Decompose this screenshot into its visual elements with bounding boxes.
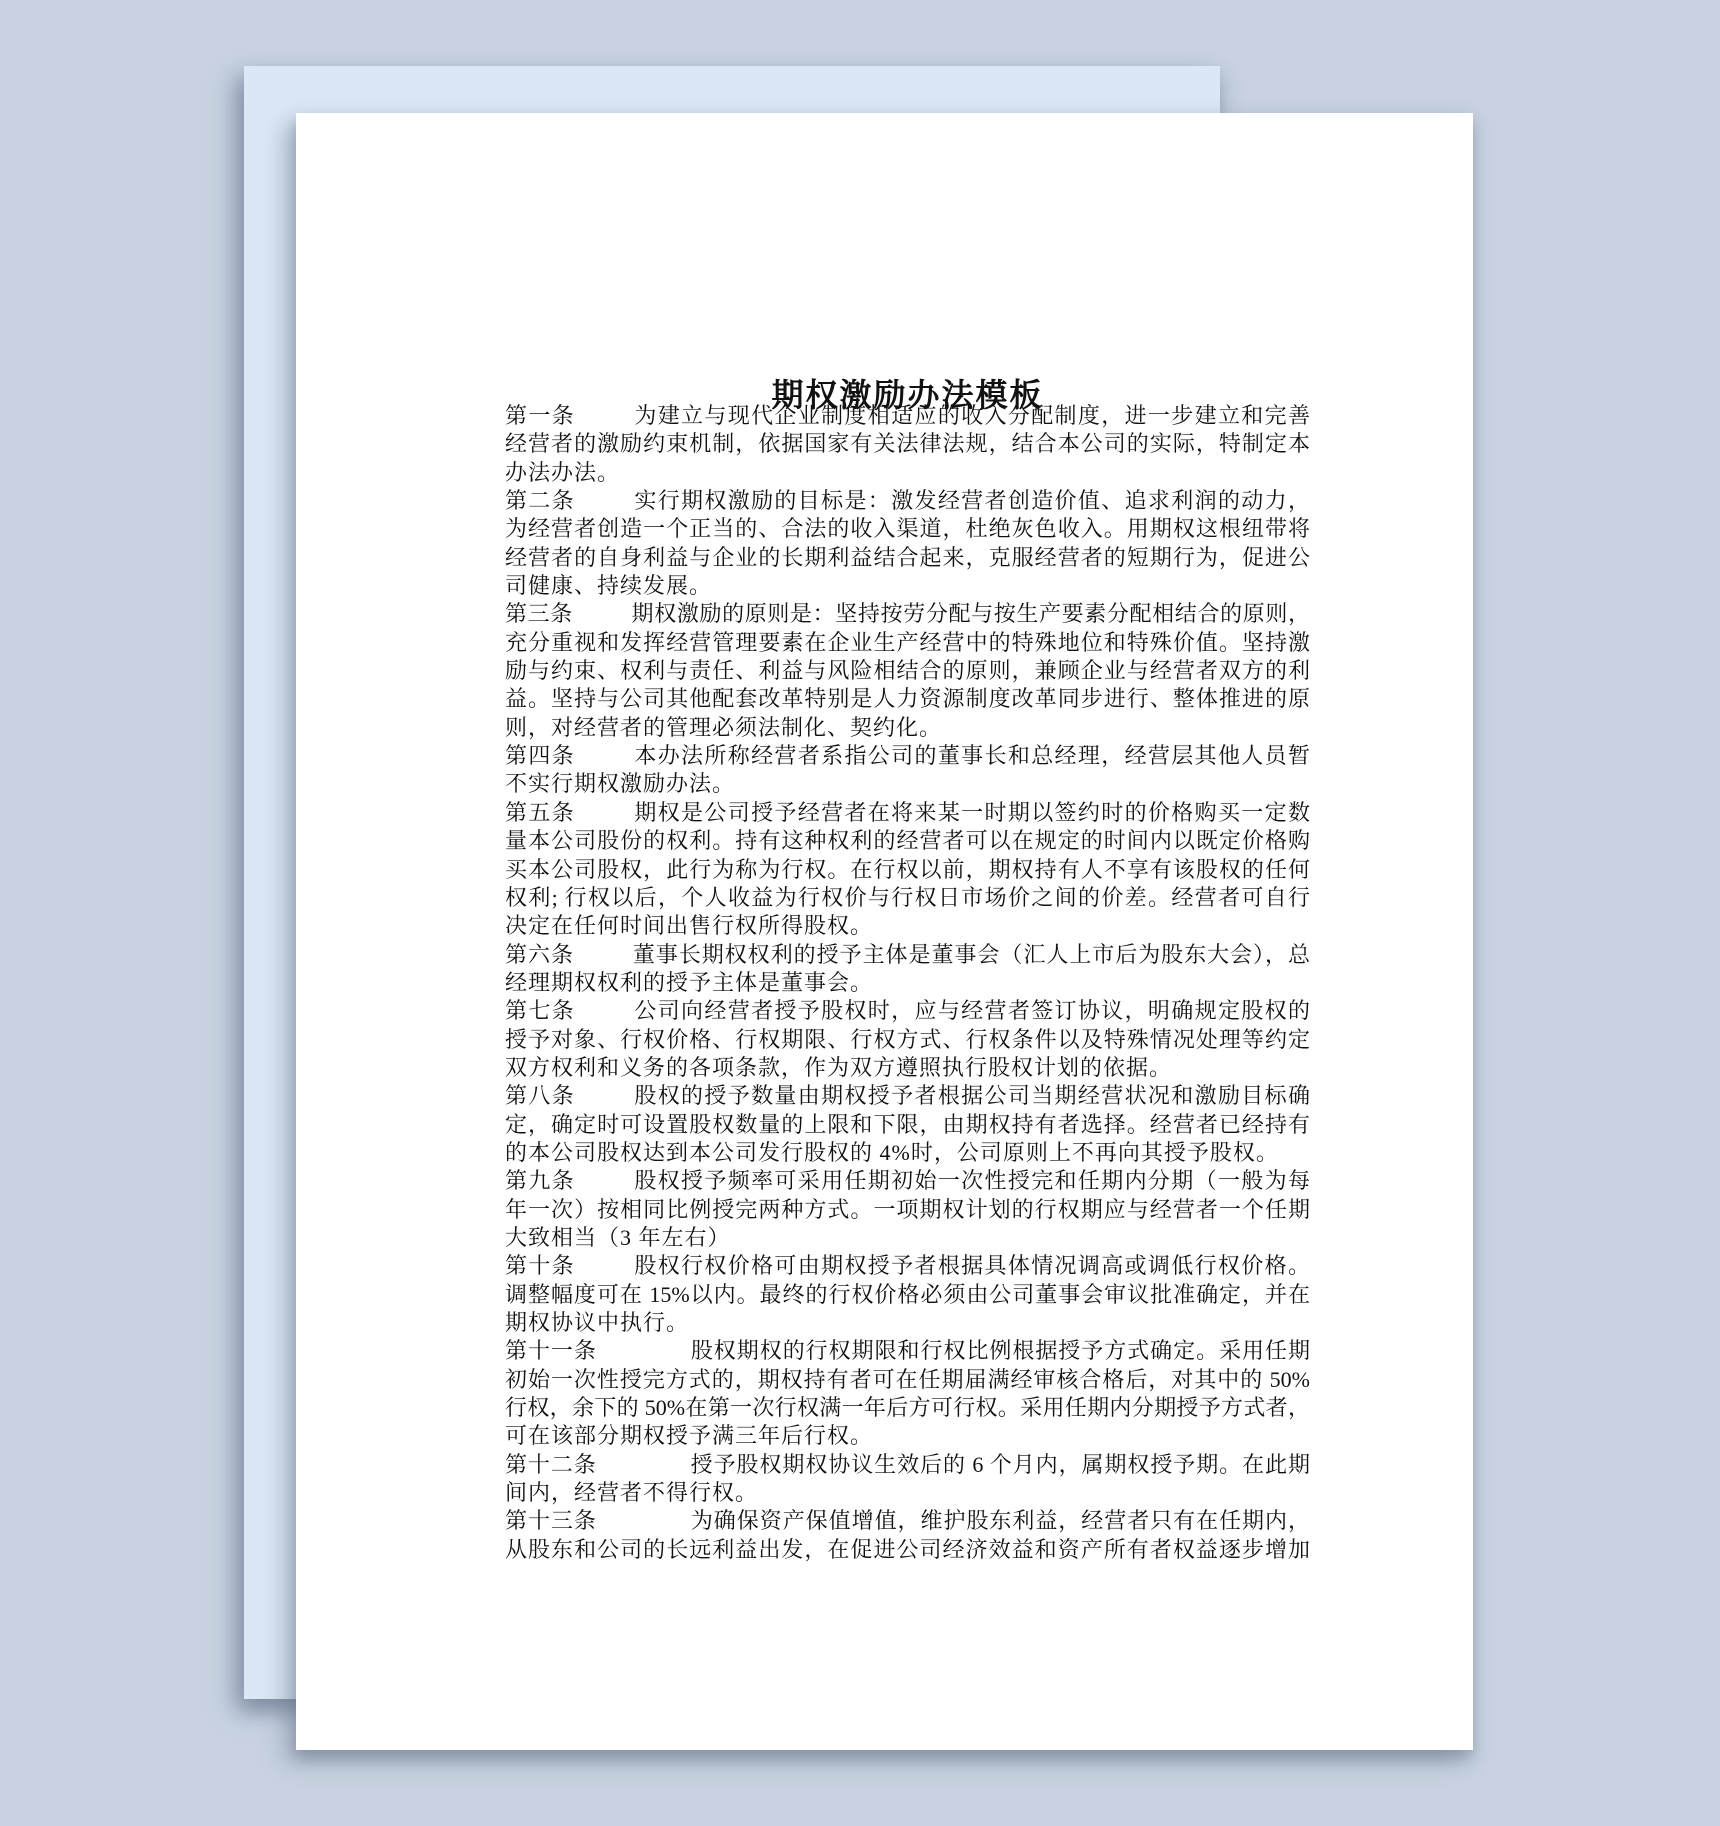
- document-body: 第一条为建立与现代企业制度相适应的收入分配制度，进一步建立和完善经营者的激励约束…: [505, 402, 1310, 1564]
- tab-spacer: [573, 620, 631, 621]
- document-line: 不实行期权激励办法。: [505, 770, 1310, 798]
- clause-number: 第六条: [505, 942, 574, 967]
- document-line: 经营者的自身利益与企业的长期利益结合起来，克服经营者的短期行为，促进公: [505, 544, 1310, 572]
- clause-text: 股权行权价格可由期权授予者根据具体情况调高或调低行权价格。: [633, 1253, 1310, 1278]
- document-line: 第六条董事长期权权利的授予主体是董事会（汇人上市后为股东大会），总: [505, 941, 1310, 969]
- tab-spacer: [575, 1272, 633, 1273]
- clause-number: 第四条: [505, 743, 575, 768]
- document-line: 第九条股权授予频率可采用任期初始一次性授完和任期内分期（一般为每: [505, 1167, 1310, 1195]
- clause-text: 为建立与现代企业制度相适应的收入分配制度，进一步建立和完善: [633, 403, 1310, 428]
- tab-spacer: [574, 961, 632, 962]
- document-line: 的本公司股权达到本公司发行股权的 4%时，公司原则上不再向其授予股权。: [505, 1139, 1310, 1167]
- tab-spacer: [575, 422, 633, 423]
- document-line: 经营者的激励约束机制，依据国家有关法律法规，结合本公司的实际，特制定本: [505, 430, 1310, 458]
- clause-text: 为确保资产保值增值，维护股东利益，经营者只有在任期内，: [690, 1508, 1310, 1533]
- clause-text: 定，确定时可设置股权数量的上限和下限，由期权持有者选择。经营者已经持有: [505, 1112, 1310, 1137]
- document-line: 则，对经营者的管理必须法制化、契约化。: [505, 714, 1310, 742]
- clause-text: 益。坚持与公司其他配套改革特别是人力资源制度改革同步进行、整体推进的原: [505, 686, 1310, 711]
- clause-text: 大致相当（3 年左右）: [505, 1225, 731, 1250]
- document-line: 第十三条为确保资产保值增值，维护股东利益，经营者只有在任期内，: [505, 1507, 1310, 1535]
- document-line: 可在该部分期权授予满三年后行权。: [505, 1422, 1310, 1450]
- clause-number: 第十条: [505, 1253, 575, 1278]
- clause-number: 第五条: [505, 800, 575, 825]
- clause-number: 第十一条: [505, 1338, 597, 1363]
- tab-spacer: [597, 1527, 690, 1528]
- document-line: 第四条本办法所称经营者系指公司的董事长和总经理，经营层其他人员暂: [505, 742, 1310, 770]
- document-line: 司健康、持续发展。: [505, 572, 1310, 600]
- tab-spacer: [575, 1017, 633, 1018]
- clause-text: 股权期权的行权期限和行权比例根据授予方式确定。采用任期: [690, 1338, 1310, 1363]
- document-line: 买本公司股权，此行为称为行权。在行权以前，期权持有人不享有该股权的任何: [505, 856, 1310, 884]
- document-line: 第二条实行期权激励的目标是：激发经营者创造价值、追求利润的动力，: [505, 487, 1310, 515]
- document-line: 期权协议中执行。: [505, 1309, 1310, 1337]
- document-line: 充分重视和发挥经营管理要素在企业生产经营中的特殊地位和特殊价值。坚持激: [505, 629, 1310, 657]
- clause-text: 司健康、持续发展。: [505, 573, 712, 598]
- document-line: 决定在任何时间出售行权所得股权。: [505, 912, 1310, 940]
- document-line: 量本公司股份的权利。持有这种权利的经营者可以在规定的时间内以既定价格购: [505, 827, 1310, 855]
- clause-number: 第二条: [505, 488, 575, 513]
- clause-text: 本办法所称经营者系指公司的董事长和总经理，经营层其他人员暂: [633, 743, 1310, 768]
- document-line: 年一次）按相同比例授完两种方式。一项期权计划的行权期应与经营者一个任期: [505, 1196, 1310, 1224]
- clause-text: 的本公司股权达到本公司发行股权的 4%时，公司原则上不再向其授予股权。: [505, 1140, 1279, 1165]
- clause-text: 授予股权期权协议生效后的 6 个月内，属期权授予期。在此期: [690, 1452, 1310, 1477]
- clause-text: 为经营者创造一个正当的、合法的收入渠道，杜绝灰色收入。用期权这根纽带将: [505, 516, 1310, 541]
- clause-text: 经营者的激励约束机制，依据国家有关法律法规，结合本公司的实际，特制定本: [505, 431, 1310, 456]
- document-line: 调整幅度可在 15%以内。最终的行权价格必须由公司董事会审议批准确定，并在: [505, 1281, 1310, 1309]
- clause-number: 第十二条: [505, 1452, 597, 1477]
- clause-number: 第七条: [505, 998, 575, 1023]
- document-line: 第十一条股权期权的行权期限和行权比例根据授予方式确定。采用任期: [505, 1337, 1310, 1365]
- document-line: 办法办法。: [505, 459, 1310, 487]
- tab-spacer: [575, 507, 633, 508]
- clause-text: 行权，余下的 50%在第一次行权满一年后方可行权。采用任期内分期授予方式者，: [505, 1395, 1310, 1420]
- tab-spacer: [575, 762, 633, 763]
- tab-spacer: [575, 1187, 633, 1188]
- clause-text: 期权协议中执行。: [505, 1310, 689, 1335]
- clause-text: 授予对象、行权价格、行权期限、行权方式、行权条件以及特殊情况处理等约定: [505, 1027, 1310, 1052]
- clause-text: 不实行期权激励办法。: [505, 771, 735, 796]
- clause-text: 期权激励的原则是：坚持按劳分配与按生产要素分配相结合的原则，: [631, 601, 1310, 626]
- clause-text: 期权是公司授予经营者在将来某一时期以签约时的价格购买一定数: [633, 800, 1310, 825]
- document-line: 第一条为建立与现代企业制度相适应的收入分配制度，进一步建立和完善: [505, 402, 1310, 430]
- clause-text: 公司向经营者授予股权时，应与经营者签订协议，明确规定股权的: [633, 998, 1310, 1023]
- tab-spacer: [597, 1471, 690, 1472]
- clause-text: 买本公司股权，此行为称为行权。在行权以前，期权持有人不享有该股权的任何: [505, 857, 1310, 882]
- document-line: 第五条期权是公司授予经营者在将来某一时期以签约时的价格购买一定数: [505, 799, 1310, 827]
- document-line: 大致相当（3 年左右）: [505, 1224, 1310, 1252]
- clause-text: 决定在任何时间出售行权所得股权。: [505, 913, 873, 938]
- clause-text: 经营者的自身利益与企业的长期利益结合起来，克服经营者的短期行为，促进公: [505, 545, 1310, 570]
- clause-text: 调整幅度可在 15%以内。最终的行权价格必须由公司董事会审议批准确定，并在: [505, 1282, 1310, 1307]
- document-line: 益。坚持与公司其他配套改革特别是人力资源制度改革同步进行、整体推进的原: [505, 685, 1310, 713]
- clause-number: 第一条: [505, 403, 575, 428]
- document-line: 授予对象、行权价格、行权期限、行权方式、行权条件以及特殊情况处理等约定: [505, 1026, 1310, 1054]
- desk-background: 期权激励办法模板 第一条为建立与现代企业制度相适应的收入分配制度，进一步建立和完…: [0, 0, 1720, 1826]
- clause-text: 办法办法。: [505, 460, 620, 485]
- clause-text: 从股东和公司的长远利益出发，在促进公司经济效益和资产所有者权益逐步增加: [505, 1537, 1310, 1562]
- document-line: 定，确定时可设置股权数量的上限和下限，由期权持有者选择。经营者已经持有: [505, 1111, 1310, 1139]
- clause-number: 第十三条: [505, 1508, 597, 1533]
- document-line: 第八条股权的授予数量由期权授予者根据公司当期经营状况和激励目标确: [505, 1082, 1310, 1110]
- tab-spacer: [575, 1102, 633, 1103]
- clause-number: 第九条: [505, 1168, 575, 1193]
- document-line: 初始一次性授完方式的，期权持有者可在任期届满经审核合格后，对其中的 50%: [505, 1366, 1310, 1394]
- clause-text: 充分重视和发挥经营管理要素在企业生产经营中的特殊地位和特殊价值。坚持激: [505, 630, 1310, 655]
- clause-text: 间内，经营者不得行权。: [505, 1480, 758, 1505]
- document-line: 从股东和公司的长远利益出发，在促进公司经济效益和资产所有者权益逐步增加: [505, 1536, 1310, 1564]
- clause-text: 权利; 行权以后，个人收益为行权价与行权日市场价之间的价差。经营者可自行: [505, 885, 1310, 910]
- clause-number: 第三条: [505, 601, 573, 626]
- document-line: 第十二条授予股权期权协议生效后的 6 个月内，属期权授予期。在此期: [505, 1451, 1310, 1479]
- clause-text: 则，对经营者的管理必须法制化、契约化。: [505, 715, 942, 740]
- document-line: 为经营者创造一个正当的、合法的收入渠道，杜绝灰色收入。用期权这根纽带将: [505, 515, 1310, 543]
- clause-text: 董事长期权权利的授予主体是董事会（汇人上市后为股东大会），总: [632, 942, 1310, 967]
- clause-text: 年一次）按相同比例授完两种方式。一项期权计划的行权期应与经营者一个任期: [505, 1197, 1310, 1222]
- document-line: 间内，经营者不得行权。: [505, 1479, 1310, 1507]
- clause-number: 第八条: [505, 1083, 575, 1108]
- clause-text: 励与约束、权利与责任、利益与风险相结合的原则，兼顾企业与经营者双方的利: [505, 658, 1310, 683]
- clause-text: 股权的授予数量由期权授予者根据公司当期经营状况和激励目标确: [633, 1083, 1310, 1108]
- document-line: 第十条股权行权价格可由期权授予者根据具体情况调高或调低行权价格。: [505, 1252, 1310, 1280]
- document-line: 行权，余下的 50%在第一次行权满一年后方可行权。采用任期内分期授予方式者，: [505, 1394, 1310, 1422]
- tab-spacer: [597, 1357, 690, 1358]
- tab-spacer: [575, 819, 633, 820]
- clause-text: 双方权利和义务的各项条款，作为双方遵照执行股权计划的依据。: [505, 1055, 1172, 1080]
- document-line: 经理期权权利的授予主体是董事会。: [505, 969, 1310, 997]
- document-line: 第七条公司向经营者授予股权时，应与经营者签订协议，明确规定股权的: [505, 997, 1310, 1025]
- document-line: 双方权利和义务的各项条款，作为双方遵照执行股权计划的依据。: [505, 1054, 1310, 1082]
- clause-text: 可在该部分期权授予满三年后行权。: [505, 1423, 873, 1448]
- clause-text: 实行期权激励的目标是：激发经营者创造价值、追求利润的动力，: [633, 488, 1310, 513]
- clause-text: 经理期权权利的授予主体是董事会。: [505, 970, 873, 995]
- clause-text: 股权授予频率可采用任期初始一次性授完和任期内分期（一般为每: [633, 1168, 1310, 1193]
- document-line: 权利; 行权以后，个人收益为行权价与行权日市场价之间的价差。经营者可自行: [505, 884, 1310, 912]
- clause-text: 量本公司股份的权利。持有这种权利的经营者可以在规定的时间内以既定价格购: [505, 828, 1310, 853]
- document-line: 励与约束、权利与责任、利益与风险相结合的原则，兼顾企业与经营者双方的利: [505, 657, 1310, 685]
- clause-text: 初始一次性授完方式的，期权持有者可在任期届满经审核合格后，对其中的 50%: [505, 1367, 1310, 1392]
- document-line: 第三条期权激励的原则是：坚持按劳分配与按生产要素分配相结合的原则，: [505, 600, 1310, 628]
